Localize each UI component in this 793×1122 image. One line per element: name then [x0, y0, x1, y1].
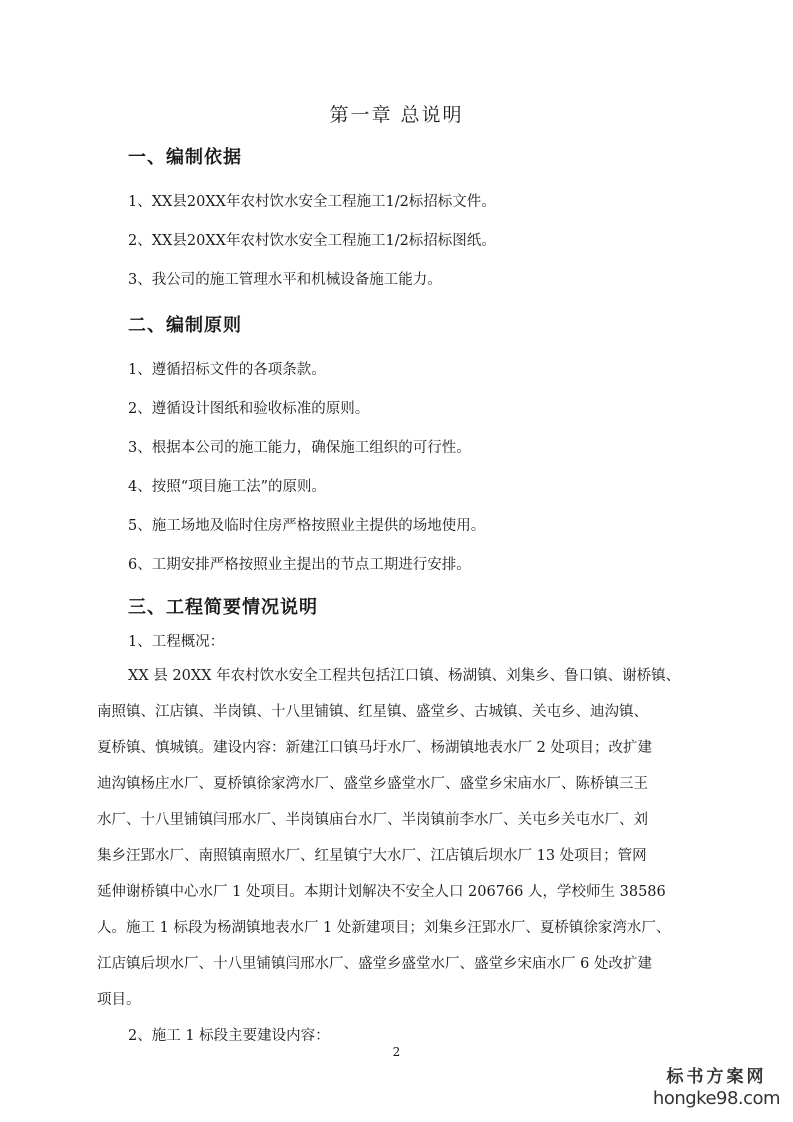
paragraph-line: 人。施工 1 标段为杨湖镇地表水厂 1 处新建项目；刘集乡汪郢水厂、夏桥镇徐家湾… [97, 917, 670, 939]
document-page: 第一章 总说明 一、编制依据 1、XX县20XX年农村饮水安全工程施工1/2标招… [0, 0, 793, 1122]
list-item: 2、XX县20XX年农村饮水安全工程施工1/2标招标图纸。 [128, 230, 496, 252]
subheading-project-overview: 1、工程概况： [128, 631, 224, 653]
paragraph-line: 江店镇后坝水厂、十八里铺镇闫邢水厂、盛堂乡盛堂水厂、盛堂乡宋庙水厂 6 处改扩建 [97, 953, 652, 975]
section-heading-overview: 三、工程简要情况说明 [128, 595, 318, 621]
watermark-url-text: hongke98.com [640, 1088, 793, 1110]
page-number: 2 [0, 1043, 793, 1061]
paragraph-line: 集乡汪郢水厂、南照镇南照水厂、红星镇宁大水厂、江店镇后坝水厂 13 处项目；管网 [97, 845, 647, 867]
watermark-cn-text: 标书方案网 [640, 1066, 793, 1088]
list-item: 4、按照“项目施工法”的原则。 [128, 476, 326, 498]
section-heading-principles: 二、编制原则 [128, 313, 242, 339]
list-item: 2、遵循设计图纸和验收标准的原则。 [128, 398, 369, 420]
chapter-title: 第一章 总说明 [0, 101, 793, 129]
paragraph-line: 南照镇、江店镇、半岗镇、十八里铺镇、红星镇、盛堂乡、古城镇、关屯乡、迪沟镇、 [97, 701, 648, 723]
list-item: 3、我公司的施工管理水平和机械设备施工能力。 [128, 269, 442, 291]
paragraph-line: 延伸谢桥镇中心水厂 1 处项目。本期计划解决不安全人口 206766 人，学校师… [97, 881, 666, 903]
watermark-logo: 标书方案网 hongke98.com [640, 1066, 793, 1110]
paragraph-line: 项目。 [97, 989, 141, 1011]
list-item: 6、工期安排严格按照业主提出的节点工期进行安排。 [128, 554, 471, 576]
paragraph-line: 迪沟镇杨庄水厂、夏桥镇徐家湾水厂、盛堂乡盛堂水厂、盛堂乡宋庙水厂、陈桥镇三王 [97, 773, 648, 795]
paragraph-line: XX 县 20XX 年农村饮水安全工程共包括江口镇、杨湖镇、刘集乡、鲁口镇、谢桥… [128, 665, 680, 687]
list-item: 3、根据本公司的施工能力，确保施工组织的可行性。 [128, 437, 471, 459]
paragraph-line: 夏桥镇、慎城镇。建设内容：新建江口镇马圩水厂、杨湖镇地表水厂 2 处项目；改扩建 [97, 737, 652, 759]
section-heading-basis: 一、编制依据 [128, 145, 242, 171]
list-item: 1、XX县20XX年农村饮水安全工程施工1/2标招标文件。 [128, 191, 496, 213]
list-item: 1、遵循招标文件的各项条款。 [128, 359, 326, 381]
list-item: 5、施工场地及临时住房严格按照业主提供的场地使用。 [128, 515, 485, 537]
paragraph-line: 水厂、十八里铺镇闫邢水厂、半岗镇庙台水厂、半岗镇前李水厂、关屯乡关屯水厂、刘 [97, 809, 648, 831]
